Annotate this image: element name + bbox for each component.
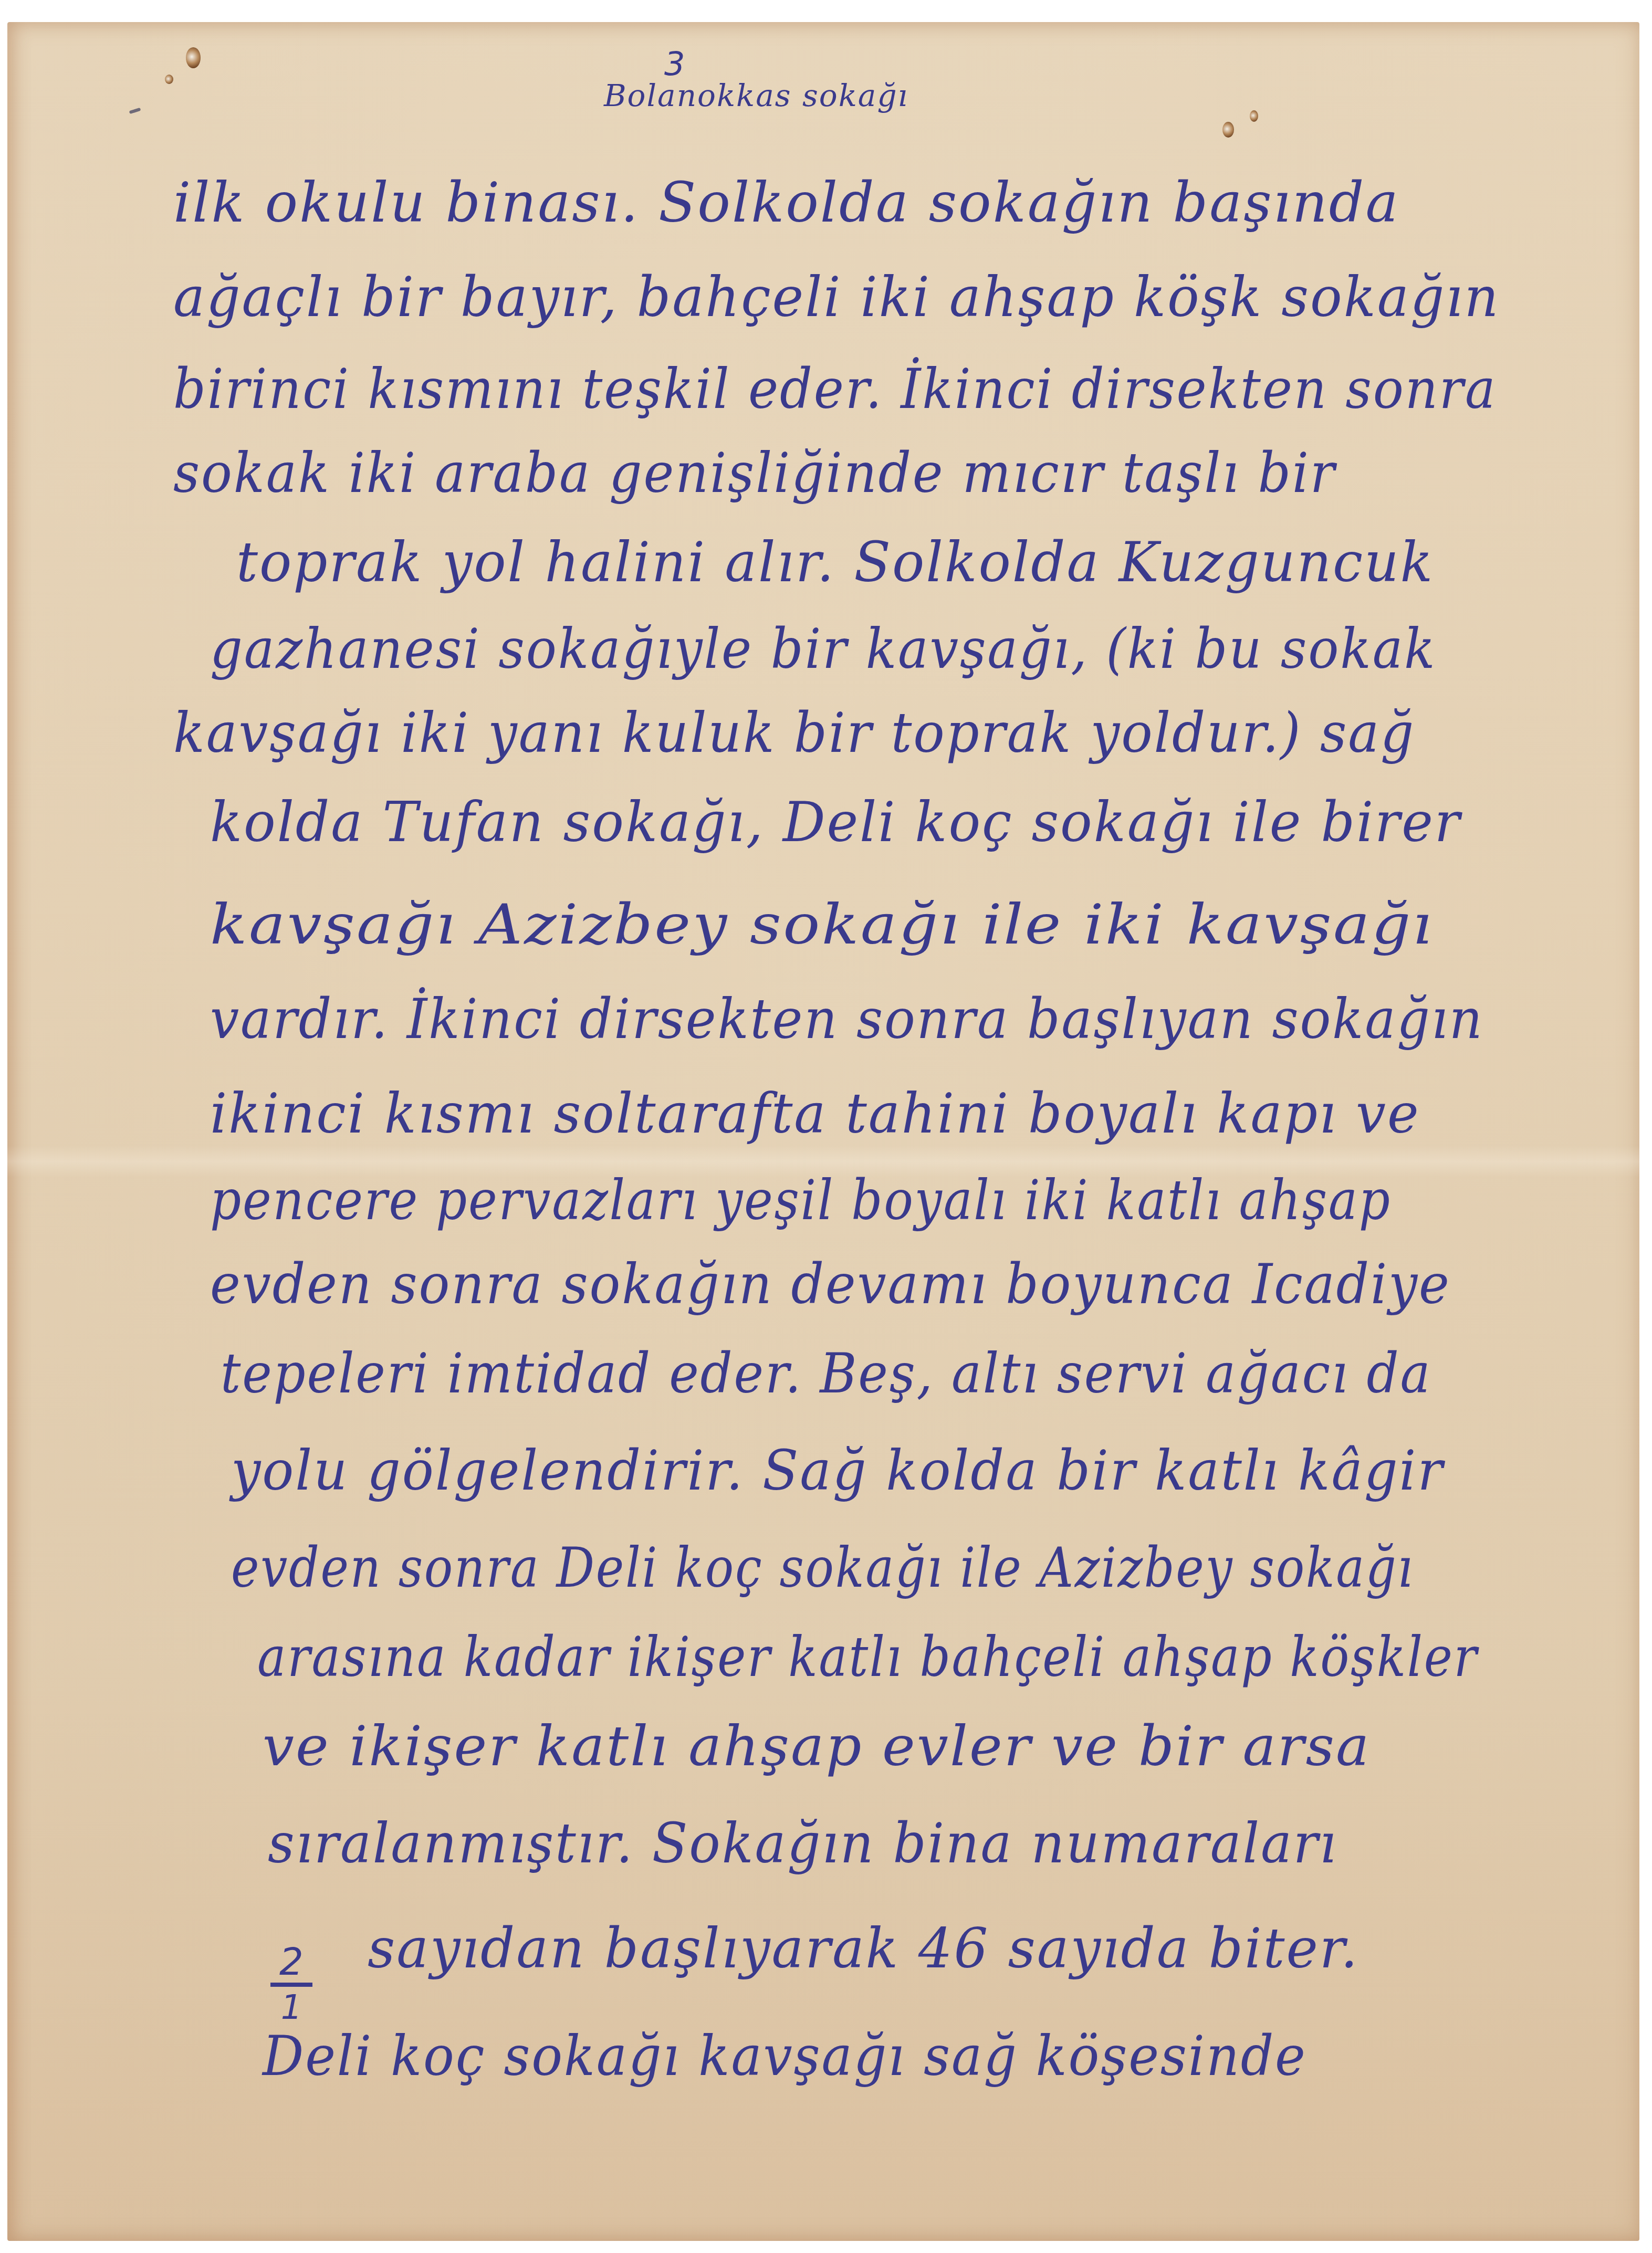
text-line: kolda Tufan sokağı, Deli koç sokağı ile … [210,790,1461,854]
document-title: Bolanokkas sokağı [604,78,908,113]
text-line: ağaçlı bir bayır, bahçeli iki ahşap köşk… [173,265,1500,329]
text-line: kavşağı iki yanı kuluk bir toprak yoldur… [173,701,1415,765]
text-line: pencere pervazları yeşil boyalı iki katl… [210,1168,1392,1232]
text-line: sokak iki araba genişliğinde mıcır taşlı… [173,441,1336,505]
fraction-number: 2 1 [270,1943,312,2025]
text-line: Deli koç sokağı kavşağı sağ köşesinde [263,2024,1307,2088]
text-line: ikinci kısmı soltarafta tahini boyalı ka… [210,1082,1420,1146]
text-line: toprak yol halini alır. Solkolda Kuzgunc… [236,530,1434,594]
text-line: vardır. İkinci dirsekten sonra başlıyan … [210,987,1484,1051]
text-line: ve ikişer katlı ahşap evler ve bir arsa [263,1714,1371,1778]
text-line: kavşağı Azizbey sokağı ile iki kavşağı [210,893,1434,957]
text-line: yolu gölgelendirir. Sağ kolda bir katlı … [231,1439,1444,1503]
text-line: arasına kadar ikişer katlı bahçeli ahşap… [257,1625,1478,1689]
text-line: ilk okulu binası. Solkolda sokağın başın… [173,171,1399,235]
text-line: gazhanesi sokağıyle bir kavşağı, (ki bu … [210,617,1437,681]
handwritten-text: 3 Bolanokkas sokağı ilk okulu binası. So… [0,0,1652,2253]
text-line: tepeleri imtidad eder. Beş, altı servi a… [221,1342,1431,1406]
text-line: evden sonra Deli koç sokağı ile Azizbey … [231,1536,1414,1600]
text-line: sayıdan başlıyarak 46 sayıda biter. [368,1916,1359,1980]
fraction-denominator: 1 [270,1987,312,2025]
text-line: sıralanmıştır. Sokağın bina numaraları [268,1811,1337,1875]
text-line: evden sonra sokağın devamı boyunca Icadi… [210,1252,1451,1316]
fraction-numerator: 2 [270,1943,312,1987]
text-line: birinci kısmını teşkil eder. İkinci dirs… [173,357,1497,421]
